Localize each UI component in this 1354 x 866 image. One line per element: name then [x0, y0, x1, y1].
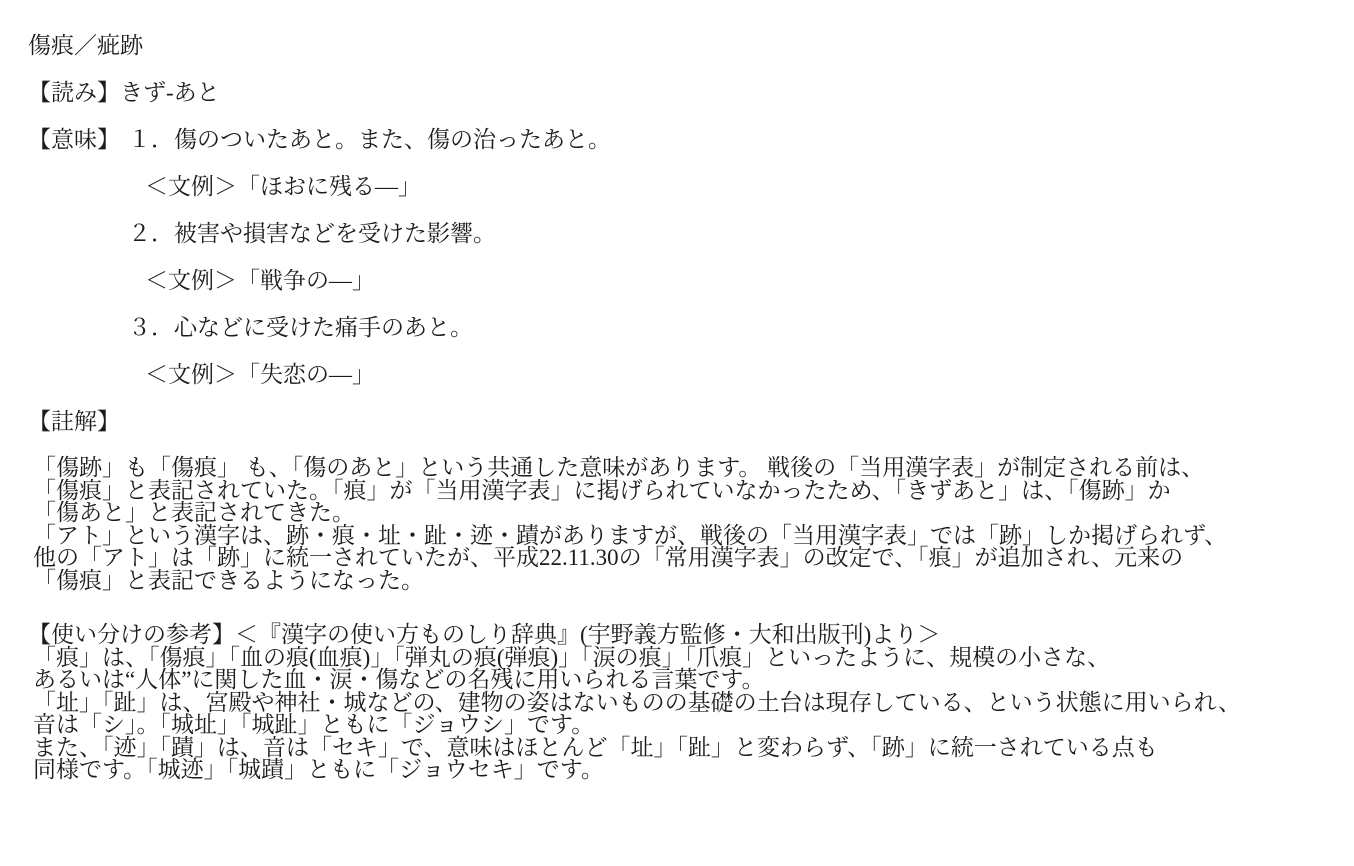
- meaning-item-1-number: １．: [128, 127, 174, 152]
- meaning-item-2-example: ＜文例＞「戦争の―」: [28, 269, 1334, 292]
- usage-heading: 【使い分けの参考】＜『漢字の使い方ものしり辞典』(宇野義方監修・大和出版刊)より…: [28, 624, 1334, 647]
- meaning-item-1-example: ＜文例＞「ほおに残る―」: [28, 175, 1334, 198]
- example-label-1: ＜文例＞: [145, 174, 237, 199]
- notes-line: 他の「アト」は「跡」に統一されていたが、平成22.11.30の「常用漢字表」の改…: [28, 547, 1334, 570]
- notes-line: 「傷跡」も「傷痕」 も、「傷のあと」という共通した意味があります。 戦後の「当用…: [28, 457, 1334, 480]
- usage-section: 【使い分けの参考】＜『漢字の使い方ものしり辞典』(宇野義方監修・大和出版刊)より…: [28, 624, 1334, 782]
- notes-line: 「アト」という漢字は、跡・痕・址・趾・迹・蹟がありますが、戦後の「当用漢字表」で…: [28, 525, 1334, 548]
- notes-line: 「傷痕」と表記できるようになった。: [28, 570, 1334, 593]
- meaning-item-1-text: 傷のついたあと。また、傷の治ったあと。: [174, 127, 611, 152]
- example-text-3: 「失恋の―」: [237, 362, 375, 387]
- usage-line: また、「迹」「蹟」は、音は「セキ」で、意味はほとんど「址」「趾」と変わらず、「跡…: [28, 737, 1334, 760]
- meaning-item-1: 【意味】１．傷のついたあと。また、傷の治ったあと。: [28, 128, 1334, 151]
- example-text-2: 「戦争の―」: [237, 268, 375, 293]
- usage-line: 同様です。「城迹」「城蹟」ともに「ジョウセキ」です。: [28, 759, 1334, 782]
- notes-line: 「傷痕」と表記されていた。「痕」が「当用漢字表」に掲げられていなかったため、「き…: [28, 480, 1334, 503]
- example-label-3: ＜文例＞: [145, 362, 237, 387]
- usage-line: 「址」「趾」は、宮殿や神社・城などの、建物の姿はないものの基礎の土台は現存してい…: [28, 692, 1334, 715]
- meaning-item-3-text: 心などに受けた痛手のあと。: [174, 315, 473, 340]
- reading-value: きず-あと: [120, 80, 220, 105]
- example-text-1: 「ほおに残る―」: [237, 174, 421, 199]
- notes-paragraph: 「傷跡」も「傷痕」 も、「傷のあと」という共通した意味があります。 戦後の「当用…: [28, 457, 1334, 592]
- usage-line: 「痕」は、「傷痕」「血の痕(血痕)」「弾丸の痕(弾痕)」「涙の痕」「爪痕」といっ…: [28, 647, 1334, 670]
- notes-heading: 【註解】: [28, 410, 1334, 433]
- entry-title: 傷痕／疵跡: [28, 34, 1334, 57]
- reading-line: 【読み】きず-あと: [28, 81, 1334, 104]
- meaning-item-3-number: ３．: [128, 315, 174, 340]
- meaning-item-2-text: 被害や損害などを受けた影響。: [174, 221, 496, 246]
- notes-line: 「傷あと」と表記されてきた。: [28, 502, 1334, 525]
- dictionary-entry-page: 傷痕／疵跡 【読み】きず-あと 【意味】１．傷のついたあと。また、傷の治ったあと…: [0, 0, 1354, 782]
- meaning-item-2: ２．被害や損害などを受けた影響。: [28, 222, 1334, 245]
- usage-line: 音は「シ」。「城址」「城趾」ともに「ジョウシ」です。: [28, 714, 1334, 737]
- meaning-label: 【意味】: [28, 128, 128, 151]
- reading-label: 【読み】: [28, 80, 120, 105]
- usage-line: あるいは“人体”に関した血・涙・傷などの名残に用いられる言葉です。: [28, 669, 1334, 692]
- example-label-2: ＜文例＞: [145, 268, 237, 293]
- meaning-item-3-example: ＜文例＞「失恋の―」: [28, 363, 1334, 386]
- meaning-item-3: ３．心などに受けた痛手のあと。: [28, 316, 1334, 339]
- meaning-item-2-number: ２．: [128, 221, 174, 246]
